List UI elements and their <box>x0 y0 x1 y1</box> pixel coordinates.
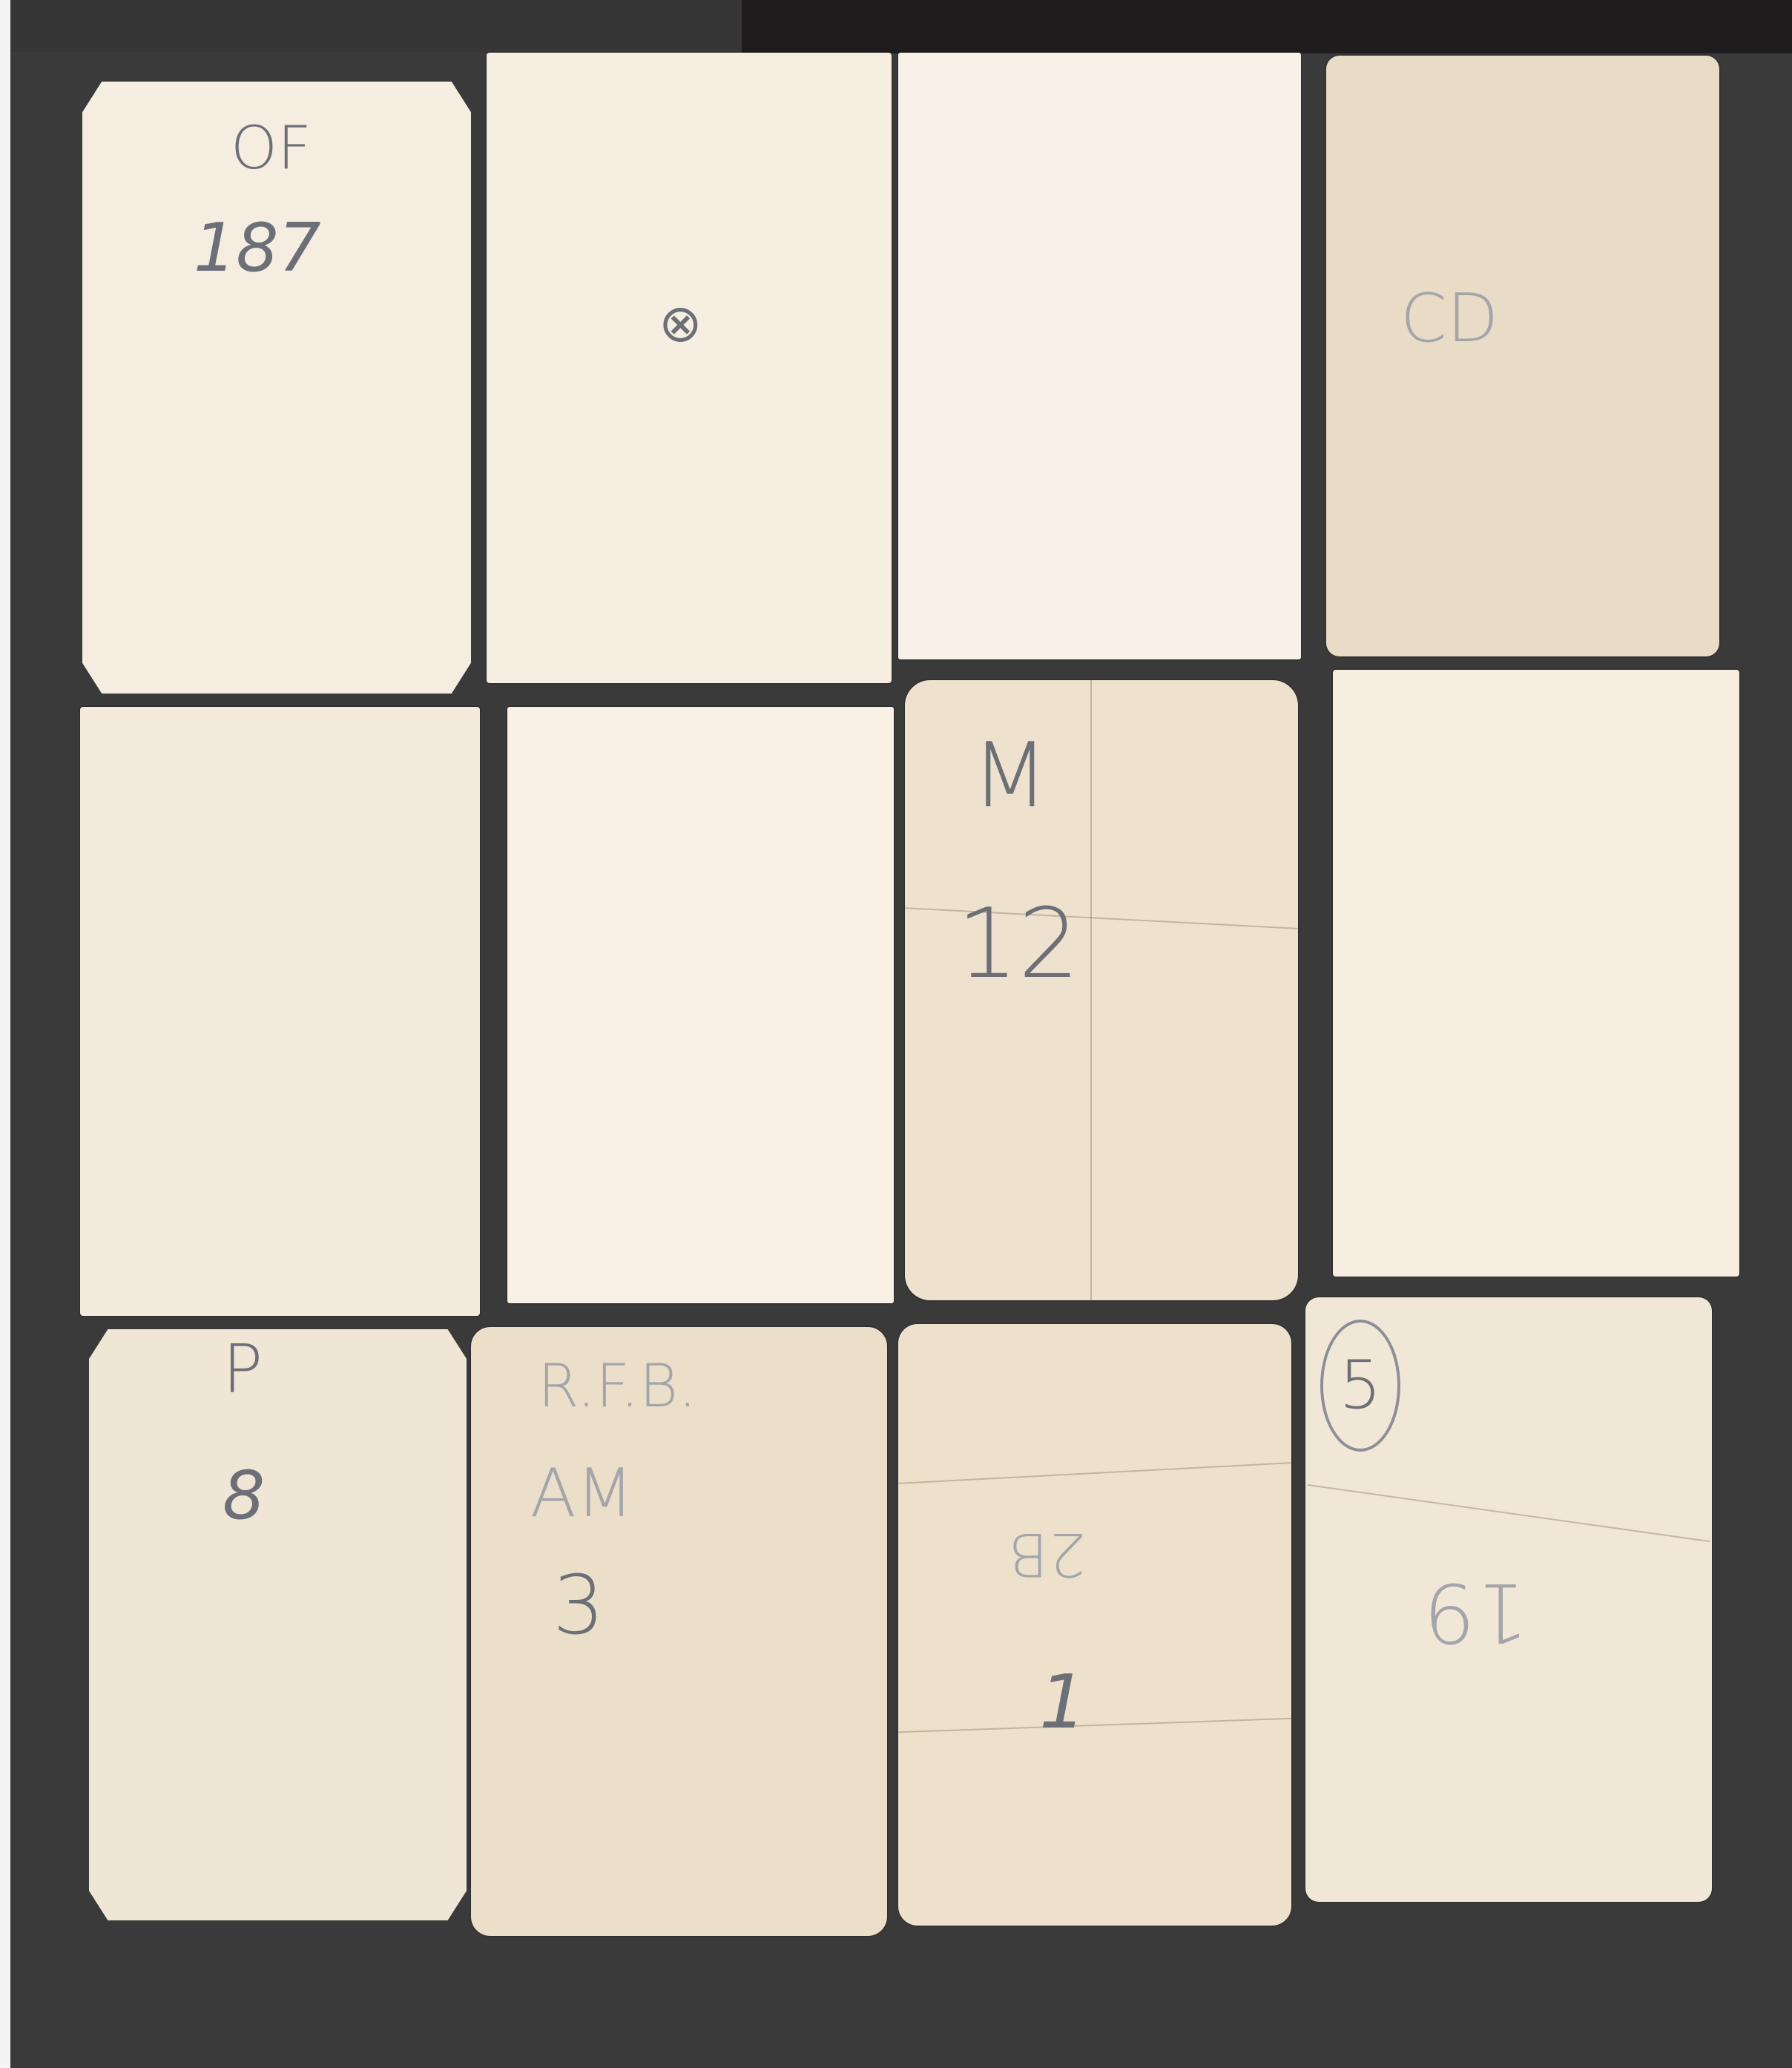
dark-tape-strip <box>742 0 1792 53</box>
card-10-mark-team: AM <box>530 1461 633 1527</box>
card-7: M 12 <box>905 680 1298 1300</box>
card-1-mark-position: OF <box>231 119 312 178</box>
card-10: R.F.B. AM 3 <box>471 1327 887 1936</box>
card-6 <box>507 707 894 1303</box>
card-11-crease <box>898 1462 1291 1484</box>
scan-edge <box>0 0 10 2068</box>
card-10-mark-initials: R.F.B. <box>538 1357 697 1416</box>
card-1: OF 187 <box>82 82 471 694</box>
card-9-mark-number: 8 <box>223 1463 265 1529</box>
card-10-mark-number: 3 <box>553 1564 605 1646</box>
card-8 <box>1333 670 1739 1277</box>
card-11-mark-number: 1 <box>1039 1665 1087 1739</box>
card-11: 2B 1 <box>898 1324 1291 1926</box>
card-4-mark: CD <box>1400 286 1498 352</box>
card-7-mark-letter: M <box>972 732 1049 821</box>
card-9-mark-letter: P <box>223 1337 263 1403</box>
card-7-mark-number: 12 <box>957 895 1079 992</box>
card-1-mark-number: 187 <box>194 215 321 282</box>
card-11-mark-position: 2B <box>1009 1524 1086 1584</box>
card-12-crease <box>1308 1484 1710 1542</box>
card-12: 5 19 <box>1305 1297 1712 1902</box>
card-12-circled-number: 5 <box>1320 1320 1400 1452</box>
card-2: ⊗ <box>487 53 892 683</box>
card-9: P 8 <box>89 1329 467 1920</box>
card-7-crease-vertical <box>1090 680 1092 1300</box>
card-12-mark-number: 19 <box>1424 1572 1528 1653</box>
card-5 <box>80 707 480 1316</box>
card-4: CD <box>1326 56 1719 656</box>
card-3 <box>898 53 1301 659</box>
card-2-circle-x-mark: ⊗ <box>659 297 702 349</box>
card-11-crease-lower <box>898 1718 1291 1733</box>
